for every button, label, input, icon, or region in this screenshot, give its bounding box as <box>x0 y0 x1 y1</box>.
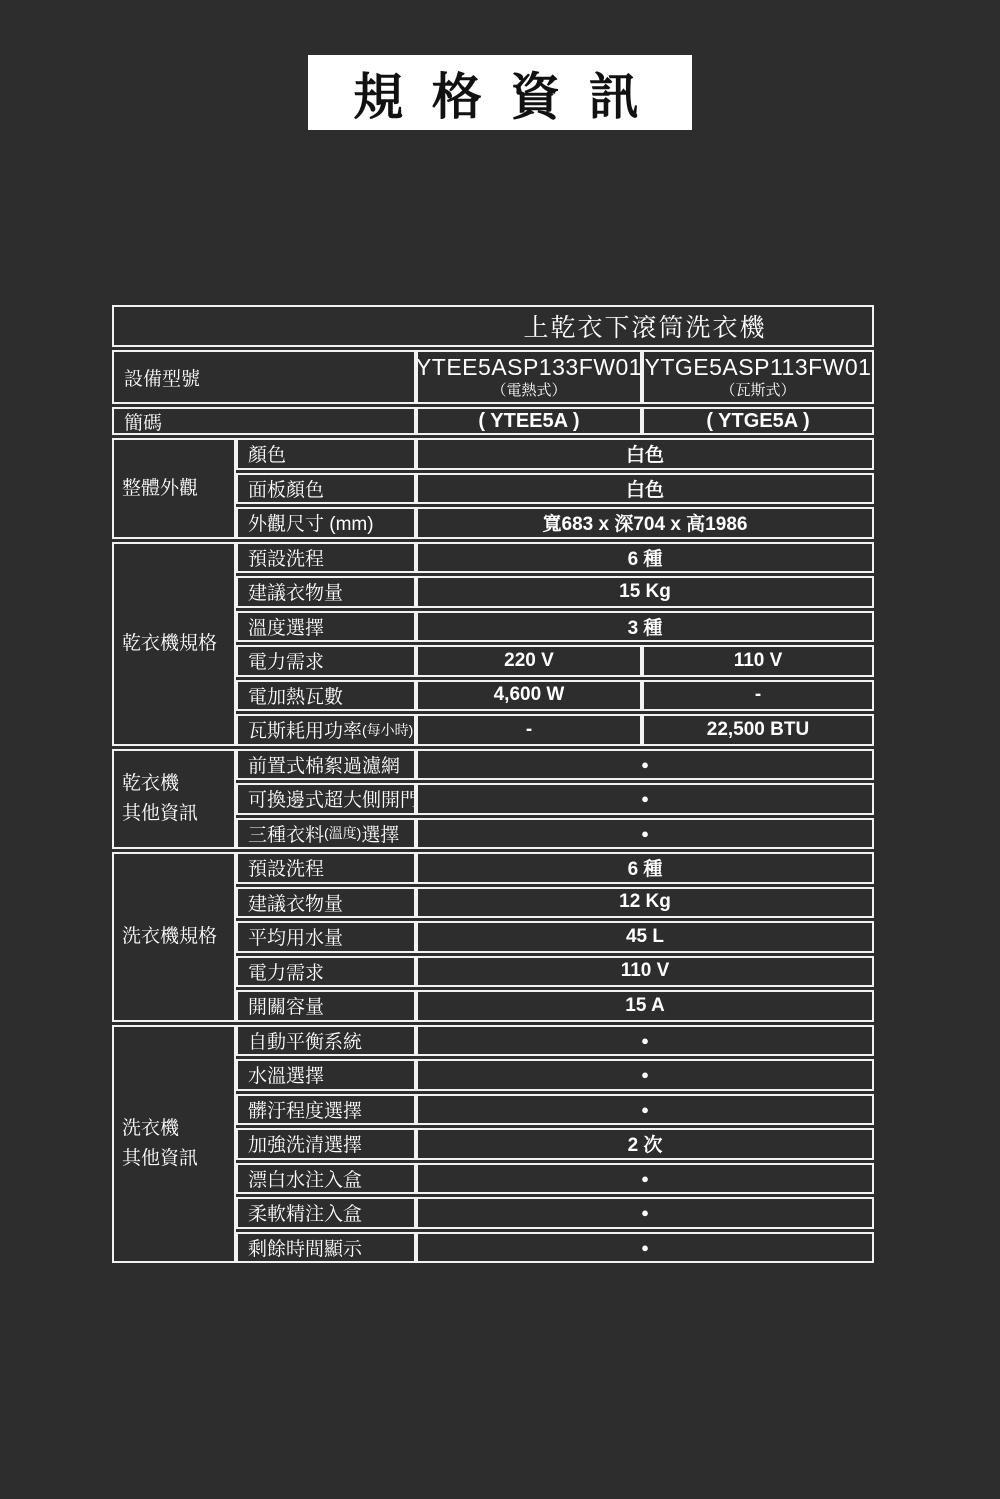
spec-label-segment: 水溫選擇 <box>248 1061 324 1088</box>
page-title: 規 格 資 訊 <box>353 57 647 129</box>
category-label: 整體外觀 <box>122 474 198 503</box>
category-label: 洗衣機規格 <box>122 922 217 951</box>
model-number: YTGE5ASP113FW01 <box>645 353 872 382</box>
spec-label: 建議衣物量 <box>236 576 416 608</box>
feature-bullet: ● <box>416 783 874 815</box>
spec-label: 自動平衡系統 <box>236 1025 416 1057</box>
spec-label: 髒汙程度選擇 <box>236 1094 416 1126</box>
table-header-title: 上乾衣下滾筒洗衣機 <box>523 308 766 344</box>
header-title-area: 上乾衣下滾筒洗衣機 <box>418 308 872 344</box>
spec-label: 漂白水注入盒 <box>236 1163 416 1195</box>
feature-bullet: ● <box>416 1163 874 1195</box>
spec-value: - <box>416 714 642 746</box>
category-label: 乾衣機規格 <box>122 629 217 658</box>
spec-label-segment: 可換邊式超大側開門 <box>248 785 416 812</box>
feature-bullet: ● <box>416 1094 874 1126</box>
feature-bullet: ● <box>416 818 874 850</box>
spec-label-segment: 開關容量 <box>248 992 324 1019</box>
spec-label: 加強洗清選擇 <box>236 1128 416 1160</box>
spec-value: 15 A <box>416 990 874 1022</box>
spec-label-segment: 平均用水量 <box>248 923 343 950</box>
category-label: 其他資訊 <box>122 799 198 828</box>
spec-label-segment: 前置式棉絮過濾網 <box>248 751 400 778</box>
spec-value: 白色 <box>416 438 874 470</box>
spec-value: 110 V <box>416 956 874 988</box>
category-label: 其他資訊 <box>122 1144 198 1173</box>
spec-value: 45 L <box>416 921 874 953</box>
feature-bullet: ● <box>416 1059 874 1091</box>
feature-bullet: ● <box>416 1232 874 1264</box>
spec-value: 4,600 W <box>416 680 642 712</box>
spec-label-segment: 顏色 <box>248 440 286 467</box>
spec-label: 可換邊式超大側開門 <box>236 783 416 815</box>
spec-value: 6 種 <box>416 852 874 884</box>
spec-label: 平均用水量 <box>236 921 416 953</box>
spec-label: 顏色 <box>236 438 416 470</box>
feature-bullet: ● <box>416 1197 874 1229</box>
feature-bullet: ● <box>416 1025 874 1057</box>
spec-label-segment: 髒汙程度選擇 <box>248 1096 362 1123</box>
spec-label: 開關容量 <box>236 990 416 1022</box>
category-cell: 乾衣機規格 <box>112 542 236 746</box>
spec-label: 電力需求 <box>236 956 416 988</box>
code-value: ( YTGE5A ) <box>642 407 874 435</box>
spec-label-segment: 加強洗清選擇 <box>248 1130 362 1157</box>
spec-label-segment: 建議衣物量 <box>248 889 343 916</box>
table-header-row: 上乾衣下滾筒洗衣機 <box>112 305 874 347</box>
spec-value: 白色 <box>416 473 874 505</box>
spec-label-segment: 溫度選擇 <box>248 613 324 640</box>
feature-bullet: ● <box>416 749 874 781</box>
model-row-label: 設備型號 <box>112 350 416 404</box>
code-row-label: 簡碼 <box>112 407 416 435</box>
spec-label: 預設洗程 <box>236 542 416 574</box>
category-label: 洗衣機 <box>122 1114 179 1143</box>
category-cell: 整體外觀 <box>112 438 236 539</box>
spec-label: 瓦斯耗用功率(每小時) <box>236 714 416 746</box>
spec-label: 建議衣物量 <box>236 887 416 919</box>
spec-value: 220 V <box>416 645 642 677</box>
spec-value: 2 次 <box>416 1128 874 1160</box>
spec-table: 上乾衣下滾筒洗衣機設備型號YTEE5ASP133FW01（電熱式）YTGE5AS… <box>112 305 874 1263</box>
spec-label-segment: 剩餘時間顯示 <box>248 1234 362 1261</box>
spec-value: 6 種 <box>416 542 874 574</box>
spec-label: 三種衣料(溫度)選擇 <box>236 818 416 850</box>
spec-label-segment: 電力需求 <box>248 647 324 674</box>
spec-value: 15 Kg <box>416 576 874 608</box>
spec-value: 12 Kg <box>416 887 874 919</box>
model-number: YTEE5ASP133FW01 <box>416 353 642 382</box>
model-type: （瓦斯式） <box>720 382 795 401</box>
spec-label-segment: 自動平衡系統 <box>248 1027 362 1054</box>
spec-label-segment: 漂白水注入盒 <box>248 1165 362 1192</box>
page-title-box: 規 格 資 訊 <box>308 55 692 130</box>
category-cell: 洗衣機其他資訊 <box>112 1025 236 1264</box>
model-cell: YTGE5ASP113FW01（瓦斯式） <box>642 350 874 404</box>
model-type: （電熱式） <box>491 382 566 401</box>
category-cell: 乾衣機其他資訊 <box>112 749 236 850</box>
spec-label: 前置式棉絮過濾網 <box>236 749 416 781</box>
spec-label-segment: 面板顏色 <box>248 475 324 502</box>
spec-label-segment: 選擇 <box>361 820 399 847</box>
spec-label: 柔軟精注入盒 <box>236 1197 416 1229</box>
spec-label-small-segment: (每小時) <box>362 720 413 740</box>
spec-label: 預設洗程 <box>236 852 416 884</box>
spec-value: 3 種 <box>416 611 874 643</box>
spec-label-segment: 預設洗程 <box>248 854 324 881</box>
spec-value: 寬683 x 深704 x 高1986 <box>416 507 874 539</box>
spec-label-segment: 三種衣料 <box>248 820 324 847</box>
category-label: 乾衣機 <box>122 769 179 798</box>
spec-label: 水溫選擇 <box>236 1059 416 1091</box>
code-value: ( YTEE5A ) <box>416 407 642 435</box>
category-cell: 洗衣機規格 <box>112 852 236 1022</box>
spec-label-segment: 外觀尺寸 (mm) <box>248 509 374 536</box>
spec-label: 電加熱瓦數 <box>236 680 416 712</box>
spec-label: 溫度選擇 <box>236 611 416 643</box>
spec-label-segment: 電加熱瓦數 <box>248 682 343 709</box>
spec-label-small-segment: (溫度) <box>324 823 361 843</box>
spec-label-segment: 建議衣物量 <box>248 578 343 605</box>
spec-value: - <box>642 680 874 712</box>
spec-value: 22,500 BTU <box>642 714 874 746</box>
model-cell: YTEE5ASP133FW01（電熱式） <box>416 350 642 404</box>
spec-label-segment: 瓦斯耗用功率 <box>248 716 362 743</box>
spec-label: 剩餘時間顯示 <box>236 1232 416 1264</box>
spec-label-segment: 預設洗程 <box>248 544 324 571</box>
spec-label: 外觀尺寸 (mm) <box>236 507 416 539</box>
spec-value: 110 V <box>642 645 874 677</box>
spec-label-segment: 電力需求 <box>248 958 324 985</box>
spec-label: 電力需求 <box>236 645 416 677</box>
spec-label: 面板顏色 <box>236 473 416 505</box>
spec-label-segment: 柔軟精注入盒 <box>248 1199 362 1226</box>
